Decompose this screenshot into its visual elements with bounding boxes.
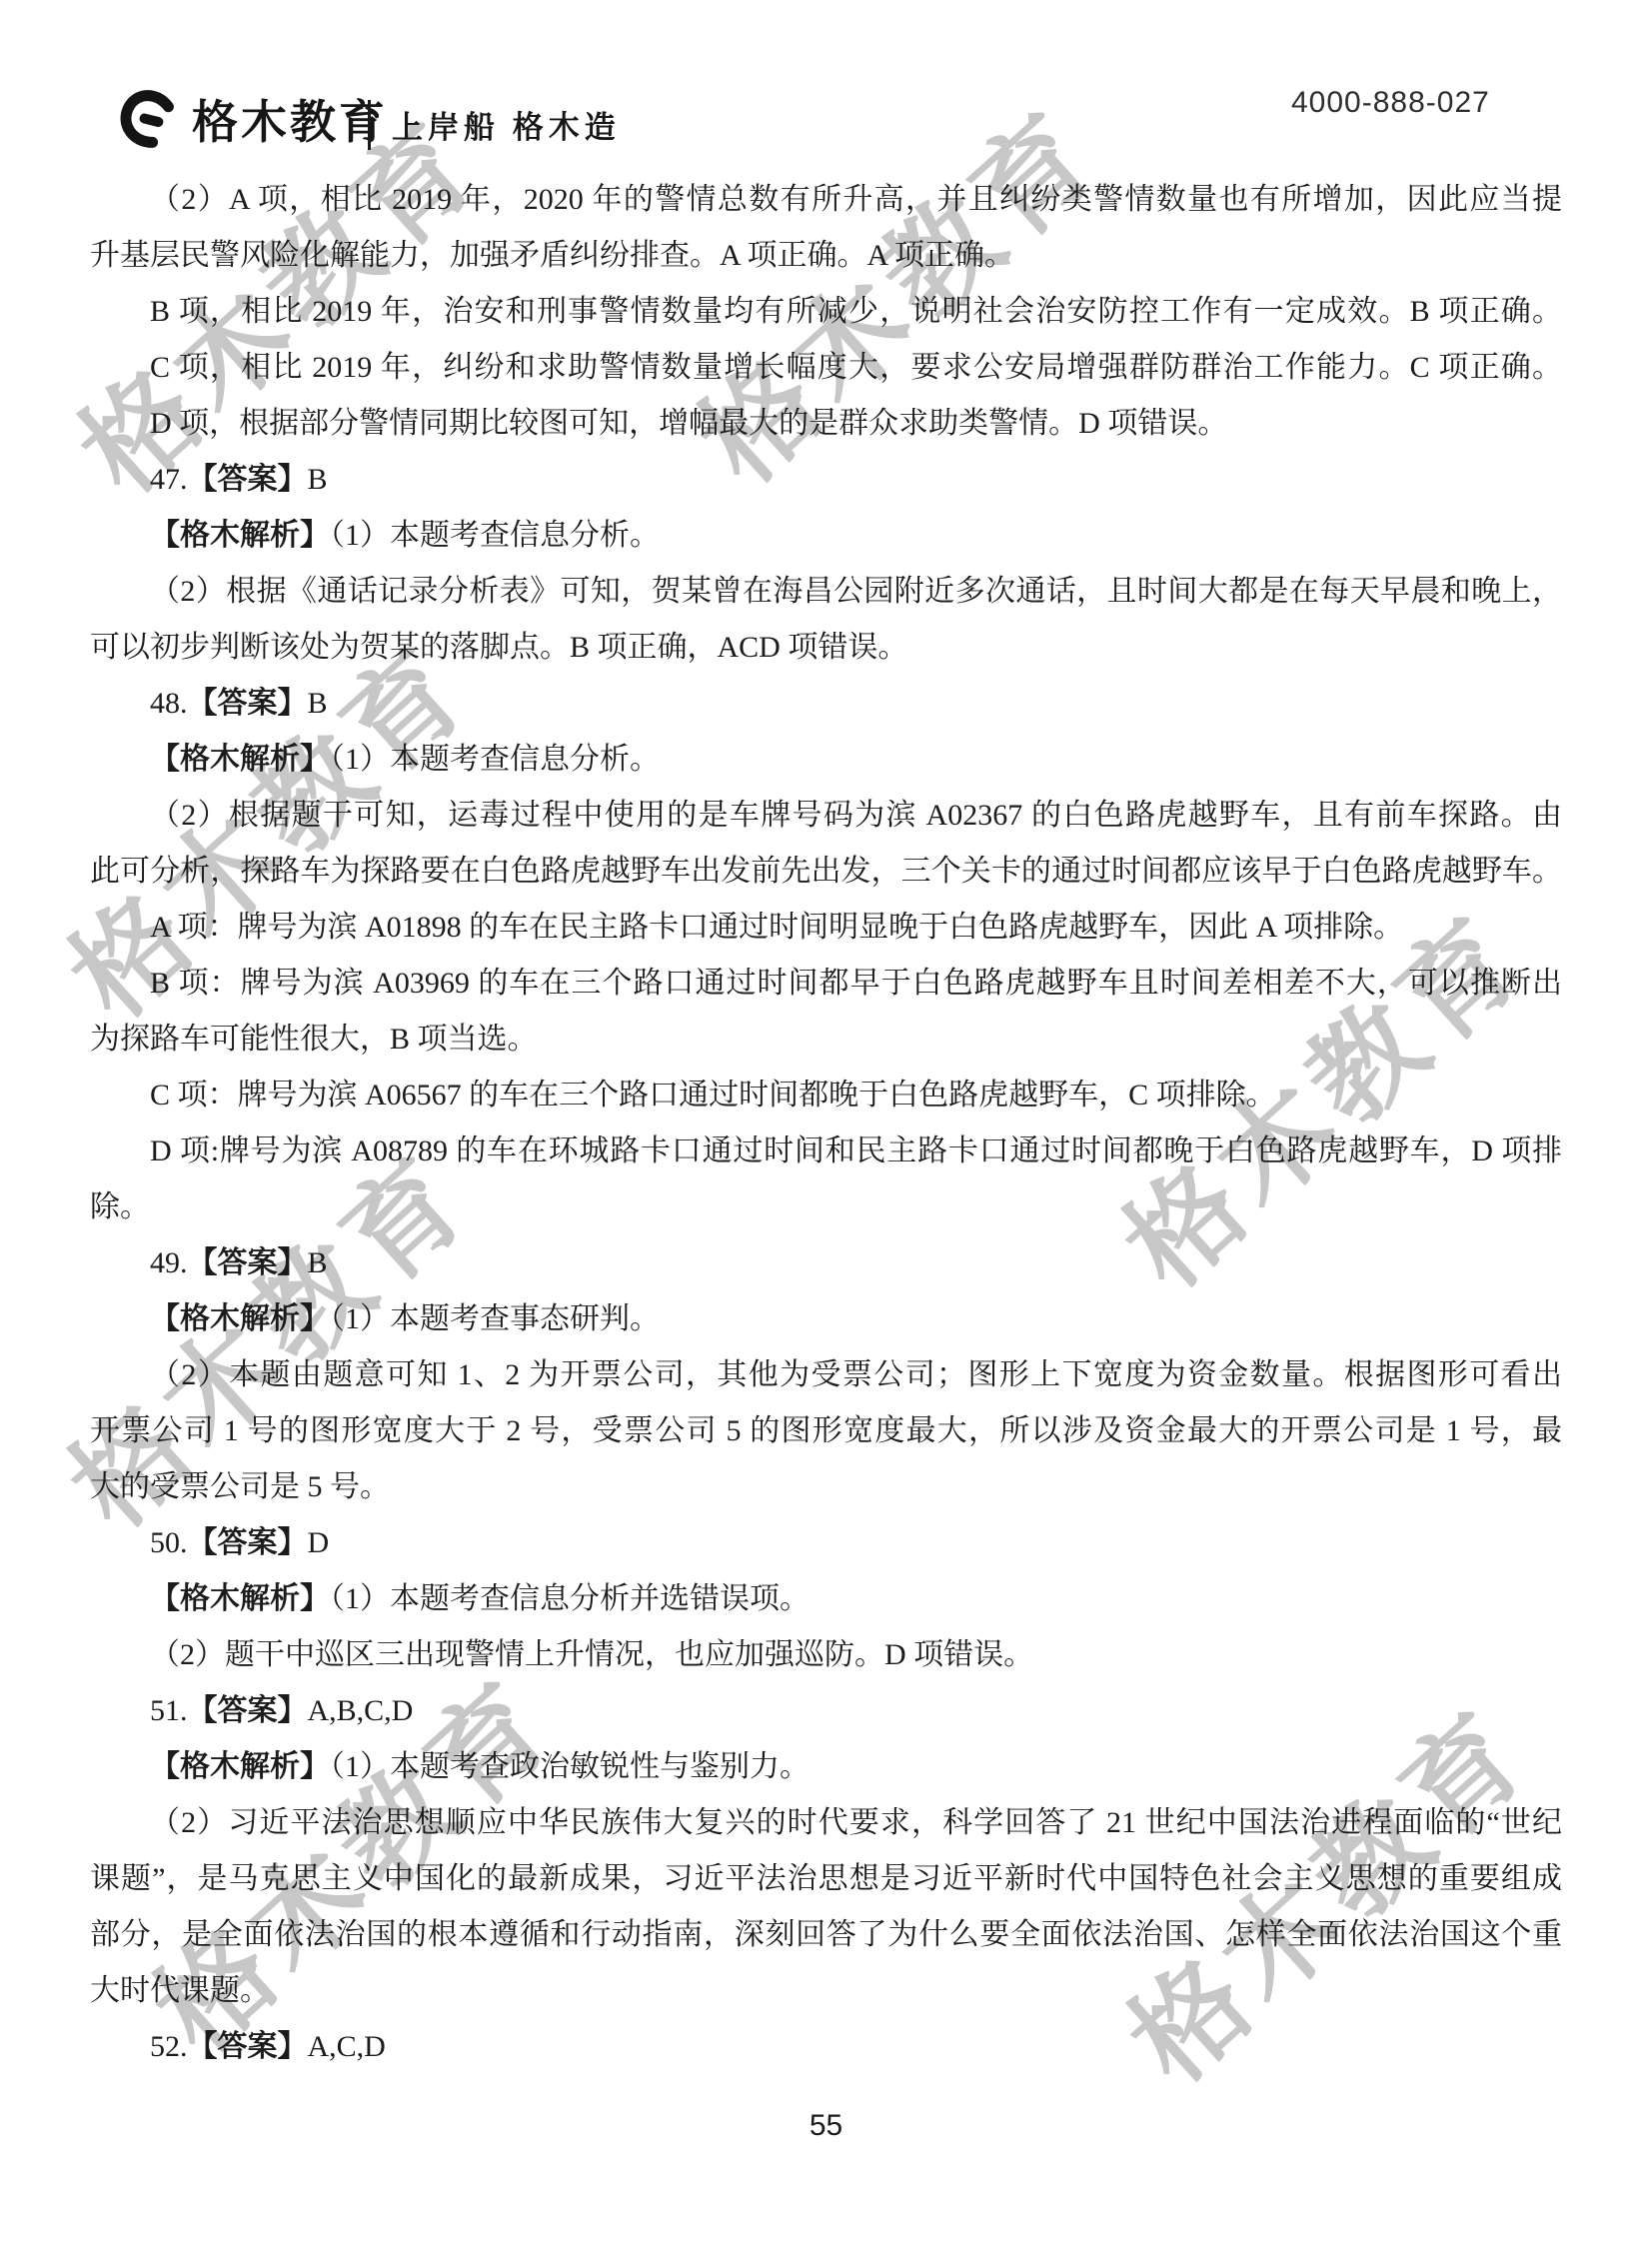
body-line-text: 大的受票公司是 5 号。 — [90, 1470, 390, 1503]
body-line-text: （2）本题由题意可知 1、2 为开票公司，其他为受票公司；图形上下宽度为资金数量… — [150, 1358, 1562, 1391]
body-line: C 项：牌号为滨 A06567 的车在三个路口通过时间都晚于白色路虎越野车，C … — [90, 1068, 1562, 1123]
body-line-text: B 项：牌号为滨 A03969 的车在三个路口通过时间都早于白色路虎越野车且时间… — [150, 967, 1562, 1000]
body-line-text: 课题”，是马克思主义中国化的最新成果，习近平法治思想是习近平新时代中国特色社会主… — [90, 1862, 1562, 1895]
body-line-text: 升基层民警风险化解能力，加强矛盾纠纷排查。A 项正确。A 项正确。 — [90, 239, 1014, 272]
body-line: 48.【答案】B — [90, 676, 1562, 732]
body-line-text: B 项，相比 2019 年，治安和刑事警情数量均有所减少，说明社会治安防控工作有… — [150, 295, 1562, 328]
body-line-text: C 项：牌号为滨 A06567 的车在三个路口通过时间都晚于白色路虎越野车，C … — [150, 1079, 1276, 1112]
body-line-text: 51. — [150, 1694, 188, 1727]
body-line: 【格木解析】（1）本题考查政治敏锐性与鉴别力。 — [90, 1739, 1562, 1795]
body-line-text: 47. — [150, 463, 188, 496]
body-line: 【格木解析】（1）本题考查信息分析。 — [90, 508, 1562, 564]
body-line-text: 开票公司 1 号的图形宽度大于 2 号，受票公司 5 的图形宽度最大，所以涉及资… — [90, 1414, 1562, 1447]
body-line-text: 52. — [150, 2030, 188, 2063]
body-line-text: B — [308, 463, 328, 496]
body-line: D 项:牌号为滨 A08789 的车在环城路卡口通过时间和民主路卡口通过时间都晚… — [90, 1123, 1562, 1179]
body-line: 此可分析，探路车为探路要在白色路虎越野车出发前先出发，三个关卡的通过时间都应该早… — [90, 844, 1562, 900]
body-line: 部分，是全面依法治国的根本遵循和行动指南，深刻回答了为什么要全面依法治国、怎样全… — [90, 1907, 1562, 1963]
body-line-text: C 项，相比 2019 年，纠纷和求助警情数量增长幅度大，要求公安局增强群防群治… — [150, 351, 1562, 384]
body-line-text: （1）本题考查事态研判。 — [330, 1302, 660, 1335]
body-line-label: 【格木解析】 — [150, 519, 330, 552]
body-line: 开票公司 1 号的图形宽度大于 2 号，受票公司 5 的图形宽度最大，所以涉及资… — [90, 1403, 1562, 1459]
gemu-logo-icon — [114, 86, 180, 150]
body-line-label: 【答案】 — [188, 463, 308, 496]
body-line: 除。 — [90, 1179, 1562, 1235]
body-line: （2）根据《通话记录分析表》可知，贺某曾在海昌公园附近多次通话，且时间大都是在每… — [90, 564, 1562, 620]
body-line: 升基层民警风险化解能力，加强矛盾纠纷排查。A 项正确。A 项正确。 — [90, 228, 1562, 284]
body-line-text: （2）习近平法治思想顺应中华民族伟大复兴的时代要求，科学回答了 21 世纪中国法… — [150, 1806, 1562, 1839]
body-line: 【格木解析】（1）本题考查信息分析并选错误项。 — [90, 1571, 1562, 1627]
body-line: 52.【答案】A,C,D — [90, 2019, 1562, 2075]
body-line-label: 【答案】 — [188, 1246, 308, 1279]
body-line-text: （2）根据题干可知，运毒过程中使用的是车牌号码为滨 A02367 的白色路虎越野… — [150, 799, 1562, 832]
body-line: 51.【答案】A,B,C,D — [90, 1683, 1562, 1739]
body-line-text: B — [308, 1246, 328, 1279]
body-line-label: 【格木解析】 — [150, 1750, 330, 1783]
body-line-text: （2）A 项，相比 2019 年，2020 年的警情总数有所升高，并且纠纷类警情… — [150, 183, 1562, 216]
body-line: 大时代课题。 — [90, 1963, 1562, 2019]
body-line: 【格木解析】（1）本题考查事态研判。 — [90, 1291, 1562, 1347]
body-line-text: A,B,C,D — [308, 1694, 414, 1727]
body-line-text: D 项，根据部分警情同期比较图可知，增幅最大的是群众求助类警情。D 项错误。 — [150, 407, 1227, 440]
body-line-text: A,C,D — [308, 2030, 386, 2063]
body-line: （2）A 项，相比 2019 年，2020 年的警情总数有所升高，并且纠纷类警情… — [90, 172, 1562, 228]
body-line-text: （1）本题考查信息分析并选错误项。 — [330, 1582, 810, 1615]
brand-name: 格木教育 — [192, 96, 388, 148]
body-line-text: A 项：牌号为滨 A01898 的车在民主路卡口通过时间明显晚于白色路虎越野车，… — [150, 911, 1403, 944]
body-line: A 项：牌号为滨 A01898 的车在民主路卡口通过时间明显晚于白色路虎越野车，… — [90, 900, 1562, 956]
page-number: 55 — [0, 2109, 1652, 2143]
body-line-text: 此可分析，探路车为探路要在白色路虎越野车出发前先出发，三个关卡的通过时间都应该早… — [90, 855, 1562, 888]
body-line-label: 【格木解析】 — [150, 1582, 330, 1615]
body-line-text: 50. — [150, 1526, 188, 1559]
body-line: 课题”，是马克思主义中国化的最新成果，习近平法治思想是习近平新时代中国特色社会主… — [90, 1851, 1562, 1907]
document-page: 格木教育格木教育格木教育格木教育格木教育格木教育格木教育 格木教育 上岸船 格木… — [0, 0, 1652, 2243]
body-line-text: （2）题干中巡区三出现警情上升情况，也应加强巡防。D 项错误。 — [150, 1638, 1033, 1671]
logo-divider — [368, 100, 371, 150]
body-line-text: 部分，是全面依法治国的根本遵循和行动指南，深刻回答了为什么要全面依法治国、怎样全… — [90, 1918, 1562, 1951]
document-body: （2）A 项，相比 2019 年，2020 年的警情总数有所升高，并且纠纷类警情… — [90, 172, 1562, 2075]
body-line: 50.【答案】D — [90, 1515, 1562, 1571]
body-line-label: 【答案】 — [188, 2030, 308, 2063]
body-line-text: D — [308, 1526, 330, 1559]
body-line: D 项，根据部分警情同期比较图可知，增幅最大的是群众求助类警情。D 项错误。 — [90, 396, 1562, 452]
brand-tagline: 上岸船 格木造 — [392, 110, 621, 146]
body-line-label: 【答案】 — [188, 1526, 308, 1559]
body-line-text: 48. — [150, 687, 188, 720]
body-line-label: 【答案】 — [188, 687, 308, 720]
body-line-text: 可以初步判断该处为贺某的落脚点。B 项正确，ACD 项错误。 — [90, 631, 907, 664]
body-line: （2）习近平法治思想顺应中华民族伟大复兴的时代要求，科学回答了 21 世纪中国法… — [90, 1795, 1562, 1851]
body-line: 【格木解析】（1）本题考查信息分析。 — [90, 732, 1562, 788]
page-header: 格木教育 上岸船 格木造 4000-888-027 — [0, 0, 1652, 160]
body-line: 可以初步判断该处为贺某的落脚点。B 项正确，ACD 项错误。 — [90, 620, 1562, 676]
body-line: C 项，相比 2019 年，纠纷和求助警情数量增长幅度大，要求公安局增强群防群治… — [90, 340, 1562, 396]
phone-number: 4000-888-027 — [1291, 86, 1490, 120]
body-line: B 项：牌号为滨 A03969 的车在三个路口通过时间都早于白色路虎越野车且时间… — [90, 956, 1562, 1012]
body-line-text: B — [308, 687, 328, 720]
body-line-label: 【格木解析】 — [150, 743, 330, 776]
body-line: （2）本题由题意可知 1、2 为开票公司，其他为受票公司；图形上下宽度为资金数量… — [90, 1347, 1562, 1403]
body-line: 为探路车可能性很大，B 项当选。 — [90, 1012, 1562, 1068]
body-line: （2）根据题干可知，运毒过程中使用的是车牌号码为滨 A02367 的白色路虎越野… — [90, 788, 1562, 844]
body-line: （2）题干中巡区三出现警情上升情况，也应加强巡防。D 项错误。 — [90, 1627, 1562, 1683]
body-line-text: （1）本题考查信息分析。 — [330, 519, 660, 552]
body-line-text: 除。 — [90, 1190, 150, 1223]
body-line-label: 【格木解析】 — [150, 1302, 330, 1335]
body-line-text: D 项:牌号为滨 A08789 的车在环城路卡口通过时间和民主路卡口通过时间都晚… — [150, 1134, 1562, 1167]
body-line-text: （1）本题考查信息分析。 — [330, 743, 660, 776]
body-line-text: 49. — [150, 1246, 188, 1279]
body-line: 49.【答案】B — [90, 1235, 1562, 1291]
body-line-text: （1）本题考查政治敏锐性与鉴别力。 — [330, 1750, 810, 1783]
body-line-text: （2）根据《通话记录分析表》可知，贺某曾在海昌公园附近多次通话，且时间大都是在每… — [150, 575, 1562, 608]
body-line-text: 大时代课题。 — [90, 1974, 270, 2007]
body-line: 47.【答案】B — [90, 452, 1562, 508]
body-line: 大的受票公司是 5 号。 — [90, 1459, 1562, 1515]
body-line-label: 【答案】 — [188, 1694, 308, 1727]
body-line: B 项，相比 2019 年，治安和刑事警情数量均有所减少，说明社会治安防控工作有… — [90, 284, 1562, 340]
body-line-text: 为探路车可能性很大，B 项当选。 — [90, 1023, 538, 1056]
